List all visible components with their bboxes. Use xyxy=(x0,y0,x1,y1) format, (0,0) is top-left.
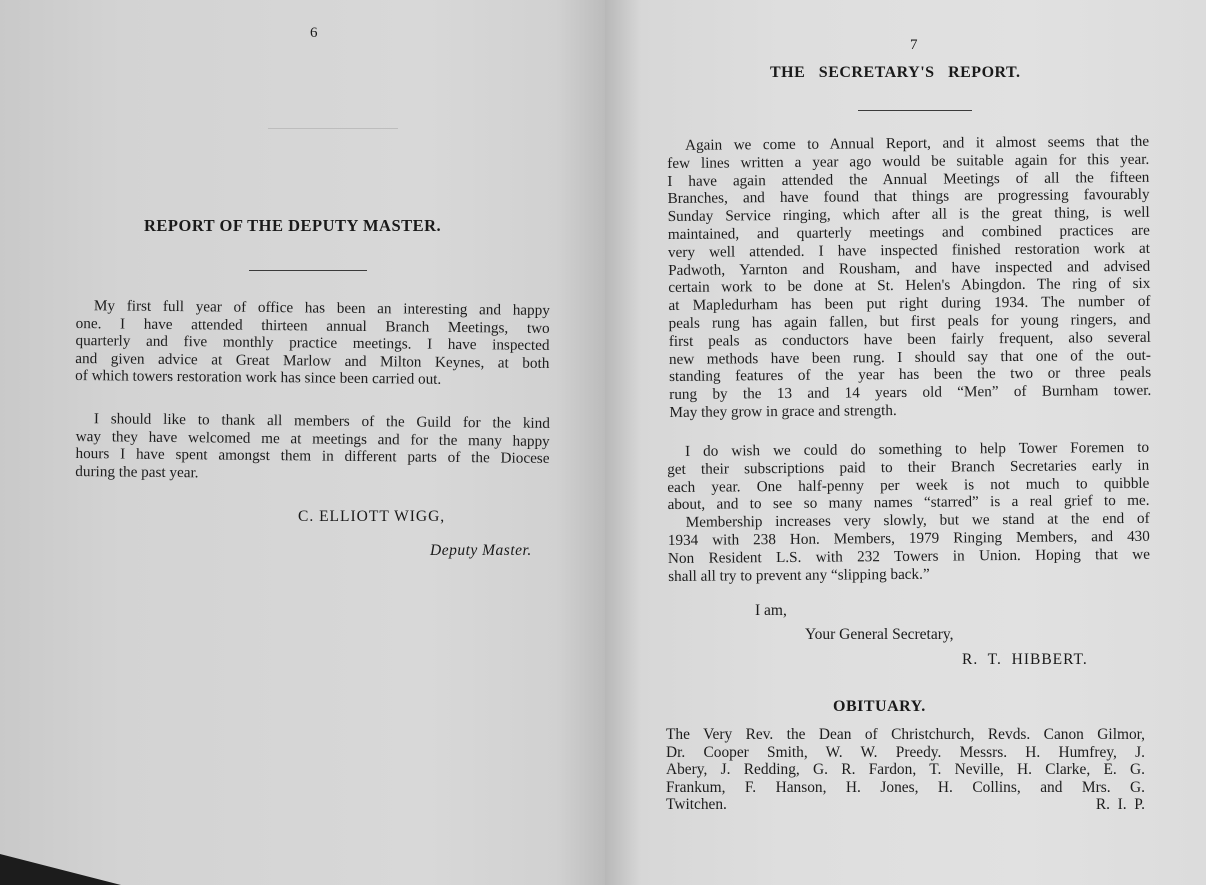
obituary-last-line: Twitchen. R. I. P. xyxy=(666,796,1145,814)
secretary-report-paragraph-1: Again we come to Annual Report, and it a… xyxy=(667,133,1151,422)
text-line: Twitchen. xyxy=(666,796,727,814)
right-page-title: THE SECRETARY'S REPORT. xyxy=(770,64,1021,82)
secretary-report-paragraph-2: I do wish we could do something to help … xyxy=(667,439,1150,586)
rip-text: R. I. P. xyxy=(1096,796,1145,814)
deputy-master-role: Deputy Master. xyxy=(430,542,532,560)
text-line: Frankum, F. Hanson, H. Jones, H. Collins… xyxy=(666,779,1145,797)
page-number-right: 7 xyxy=(910,37,918,54)
page-number-left: 6 xyxy=(310,25,318,42)
text-line: Dr. Cooper Smith, W. W. Preedy. Messrs. … xyxy=(666,744,1145,762)
deputy-report-paragraph-1: My first full year of office has been an… xyxy=(75,297,550,390)
text-line: The Very Rev. the Dean of Christchurch, … xyxy=(666,726,1145,744)
secretary-role: Your General Secretary, xyxy=(805,626,954,644)
obituary-title: OBITUARY. xyxy=(833,698,926,716)
title-rule-left xyxy=(249,270,367,271)
show-through-rule xyxy=(268,128,398,129)
deputy-master-signature: C. ELLIOTT WIGG, xyxy=(298,508,445,526)
text-line: May they grow in grace and strength. xyxy=(669,400,1151,422)
left-page-title: REPORT OF THE DEPUTY MASTER. xyxy=(144,216,441,236)
closing-salutation: I am, xyxy=(755,602,787,620)
secretary-signature: R. T. HIBBERT. xyxy=(962,651,1088,669)
deputy-report-paragraph-2: I should like to thank all members of th… xyxy=(75,410,550,485)
obituary-list: The Very Rev. the Dean of Christchurch, … xyxy=(666,726,1145,814)
text-line: shall all try to prevent any “slipping b… xyxy=(668,563,1150,585)
text-line: Abery, J. Redding, G. R. Fardon, T. Nevi… xyxy=(666,761,1145,779)
title-rule-right xyxy=(858,110,972,111)
left-page: 6 REPORT OF THE DEPUTY MASTER. My first … xyxy=(0,0,605,885)
book-spread: 6 REPORT OF THE DEPUTY MASTER. My first … xyxy=(0,0,1206,885)
right-page: 7 THE SECRETARY'S REPORT. Again we come … xyxy=(605,0,1206,885)
